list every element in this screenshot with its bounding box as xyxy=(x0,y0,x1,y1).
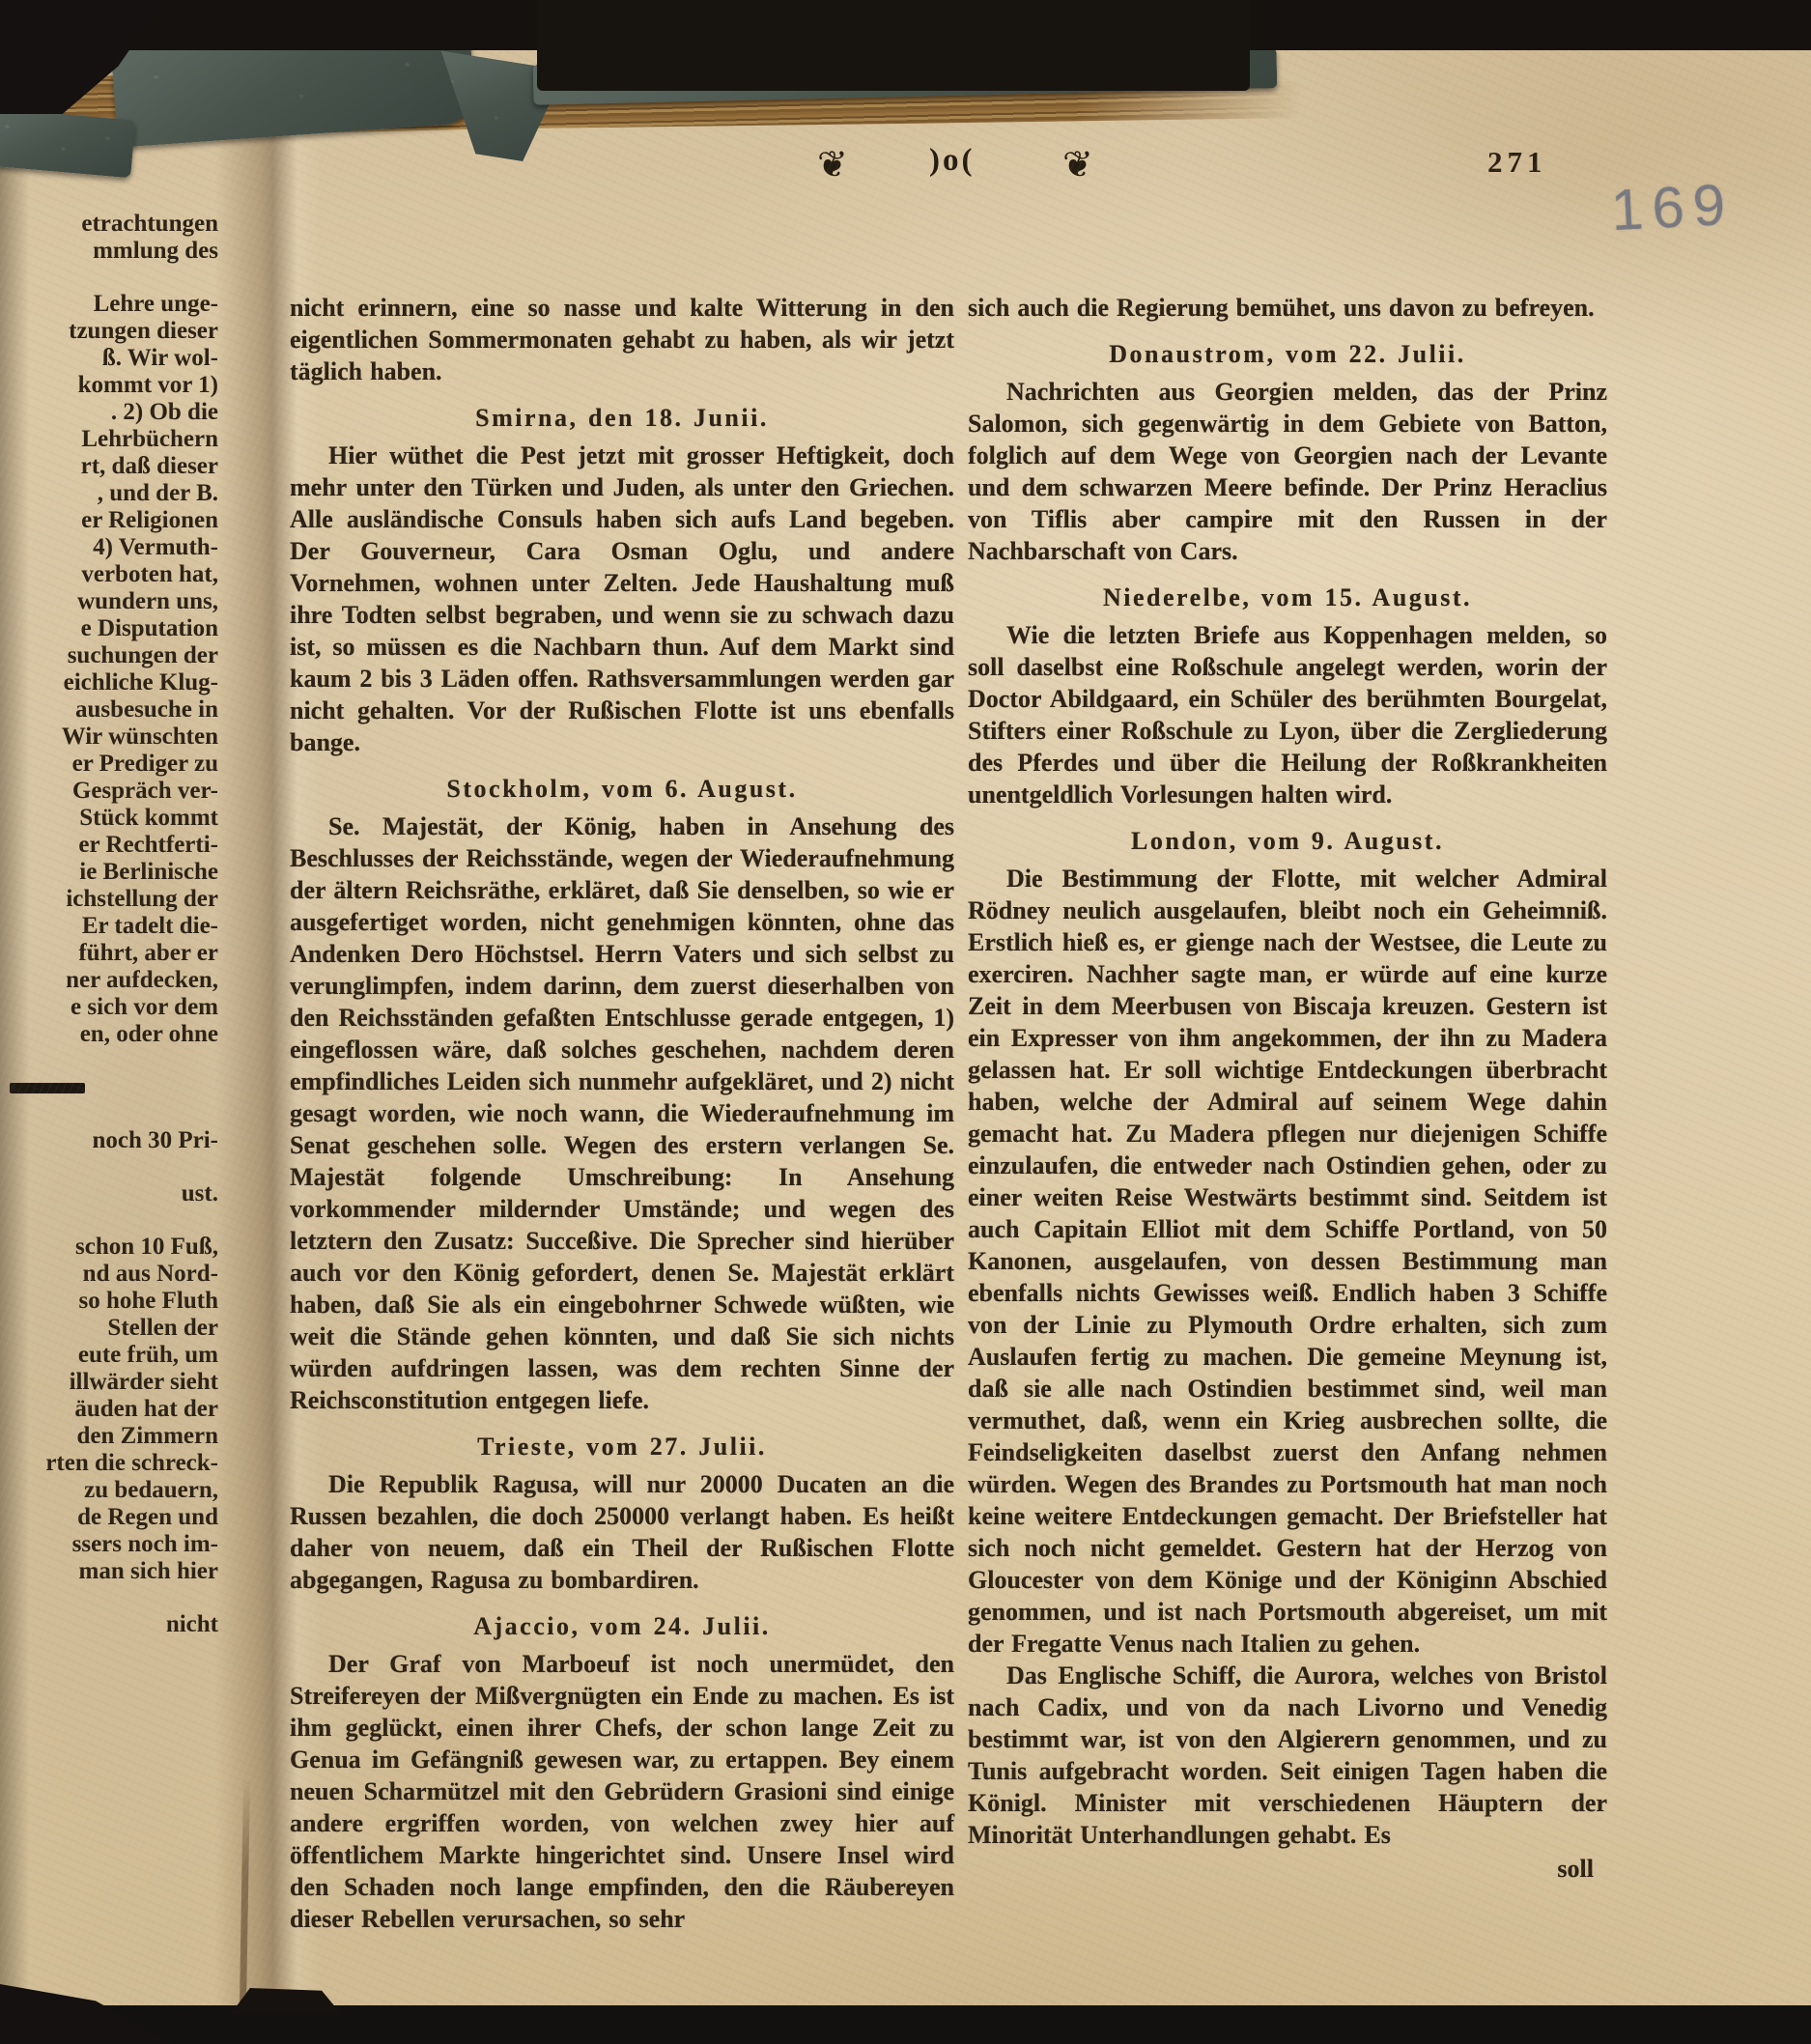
fragment-line: ie Berlinische xyxy=(17,859,218,886)
article-paragraph: Die Bestimmung der Flotte, mit welcher A… xyxy=(968,863,1607,1660)
fragment-line: de Regen und xyxy=(17,1504,218,1531)
fragment-line: ner aufdecken, xyxy=(17,967,218,994)
fragment-line: Stellen der xyxy=(17,1315,218,1342)
fragment-line: er Religionen xyxy=(17,507,218,534)
fragment-line: ß. Wir wol- xyxy=(17,345,218,372)
article-paragraph: Der Graf von Marboeuf ist noch unermüdet… xyxy=(290,1648,954,1935)
book-cover-sliver xyxy=(0,108,135,179)
section-heading: Ajaccio, vom 24. Julii. xyxy=(290,1610,954,1642)
fragment-line: verboten hat, xyxy=(17,561,218,588)
fragment-line: illwärder sieht xyxy=(17,1369,218,1396)
fragment-line: ausbesuche in xyxy=(17,696,218,724)
article-paragraph: Die Republik Ragusa, will nur 20000 Duca… xyxy=(290,1468,954,1596)
article-paragraph: Das Englische Schiff, die Aurora, welche… xyxy=(968,1660,1607,1851)
left-column: nicht erinnern, eine so nasse und kalte … xyxy=(290,292,954,1935)
page-number: 271 xyxy=(1487,145,1547,180)
fragment-gap xyxy=(17,1207,218,1234)
article-paragraph: Hier wüthet die Pest jetzt mit grosser H… xyxy=(290,440,954,758)
continuation-paragraph: sich auch die Regierung bemühet, uns dav… xyxy=(968,292,1607,324)
book-scan: etrachtungenmmlung desLehre unge-tzungen… xyxy=(0,0,1811,2044)
fragment-line: nd aus Nord- xyxy=(17,1261,218,1288)
section-heading: Donaustrom, vom 22. Julii. xyxy=(968,338,1607,370)
fragment-line: er Prediger zu xyxy=(17,751,218,778)
fragment-line: schon 10 Fuß, xyxy=(17,1234,218,1261)
fragment-line: den Zimmern xyxy=(17,1423,218,1450)
fragment-line: eute früh, um xyxy=(17,1342,218,1369)
fragment-line: Wir wünschten xyxy=(17,724,218,751)
printer-ornament-icon: ❦ xyxy=(1062,147,1093,184)
fragment-line: rt, daß dieser xyxy=(17,453,218,480)
right-column: sich auch die Regierung bemühet, uns dav… xyxy=(968,292,1607,1885)
fragment-line: Stück kommt xyxy=(17,805,218,832)
fragment-line: man sich hier xyxy=(17,1558,218,1585)
fragment-line: 4) Vermuth- xyxy=(17,534,218,561)
fragment-line: äuden hat der xyxy=(17,1396,218,1423)
fragment-line: e Disputation xyxy=(17,615,218,642)
fragment-line: ust. xyxy=(17,1180,218,1207)
fragment-gap xyxy=(17,1585,218,1611)
fragment-line: führt, aber er xyxy=(17,940,218,967)
fragment-line: Gespräch ver- xyxy=(17,778,218,805)
fragment-line: en, oder ohne xyxy=(17,1021,218,1048)
fragment-line: suchungen der xyxy=(17,642,218,669)
section-heading: Stockholm, vom 6. August. xyxy=(290,773,954,805)
fragment-line: wundern uns, xyxy=(17,588,218,615)
printer-ornament-icon: ❦ xyxy=(817,147,848,184)
fragment-line: zu bedauern, xyxy=(17,1477,218,1504)
fragment-line: rten die schreck- xyxy=(17,1450,218,1477)
article-paragraph: Wie die letzten Briefe aus Koppenhagen m… xyxy=(968,619,1607,810)
fragment-line: kommt vor 1) xyxy=(17,372,218,399)
section-heading: London, vom 9. August. xyxy=(968,825,1607,857)
catchword: soll xyxy=(968,1853,1607,1885)
section-heading: Smirna, den 18. Junii. xyxy=(290,402,954,434)
fragment-line: eichliche Klug- xyxy=(17,669,218,696)
library-stamp: 169 xyxy=(1609,171,1736,244)
fragment-line: Er tadelt die- xyxy=(17,913,218,940)
article-paragraph: Se. Majestät, der König, haben in Ansehu… xyxy=(290,810,954,1416)
fragment-line: noch 30 Pri- xyxy=(17,1127,218,1154)
signature-mark: )o( xyxy=(929,143,975,179)
fragment-line: er Rechtferti- xyxy=(17,832,218,859)
page-paper: etrachtungenmmlung desLehre unge-tzungen… xyxy=(0,48,1811,2009)
fragment-line: e sich vor dem xyxy=(17,994,218,1021)
fragment-line: Lehrbüchern xyxy=(17,426,218,453)
background-top-mid xyxy=(537,0,1250,91)
section-heading: Niederelbe, vom 15. August. xyxy=(968,582,1607,613)
article-paragraph: Nachrichten aus Georgien melden, das der… xyxy=(968,376,1607,567)
gutter-crease xyxy=(240,1777,250,2009)
page-header: ❦ )o( ❦ 271 169 xyxy=(0,141,1811,296)
fragment-line: ichstellung der xyxy=(17,886,218,913)
fragment-line: tzungen dieser xyxy=(17,318,218,345)
fragment-line: so hohe Fluth xyxy=(17,1288,218,1315)
fragment-line: nicht xyxy=(17,1611,218,1638)
fragment-gap xyxy=(17,1048,218,1074)
fragment-line: . 2) Ob die xyxy=(17,399,218,426)
fragment-line: , und der B. xyxy=(17,480,218,507)
separator-rule xyxy=(10,1083,85,1093)
fragment-line: ssers noch im- xyxy=(17,1531,218,1558)
facing-page-text-fragments: etrachtungenmmlung desLehre unge-tzungen… xyxy=(17,211,218,1638)
fragment-gap xyxy=(17,1101,218,1127)
section-heading: Trieste, vom 27. Julii. xyxy=(290,1431,954,1462)
fragment-gap xyxy=(17,1154,218,1180)
continuation-paragraph: nicht erinnern, eine so nasse und kalte … xyxy=(290,292,954,387)
